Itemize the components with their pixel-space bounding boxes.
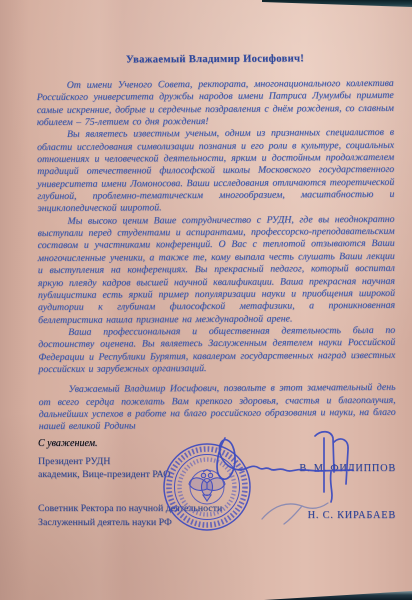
letter-paragraph: От имени Ученого Совета, ректората, мног… xyxy=(37,78,394,130)
salutation-heading: Уважаемый Владимир Иосифович! xyxy=(37,53,394,66)
signature-scrawl-icon xyxy=(256,495,344,529)
signatory-title: Президент РУДН академик, Вице-президент … xyxy=(38,455,170,481)
signatory-title-line: Президент РУДН xyxy=(38,455,170,468)
letter-paragraph: Вы являетесь известным ученым, одним из … xyxy=(37,127,395,216)
letter-paragraph: Ваша профессиональная и общественная дея… xyxy=(38,325,395,377)
letter-paragraph: Мы высоко ценим Ваше сотрудничество с РУ… xyxy=(37,214,395,327)
letter-photo: Уважаемый Владимир Иосифович! От имени У… xyxy=(0,0,412,600)
closing-phrase: С уважением. xyxy=(38,438,98,449)
signatory-title-line: академик, Вице-президент РАО xyxy=(38,468,170,481)
